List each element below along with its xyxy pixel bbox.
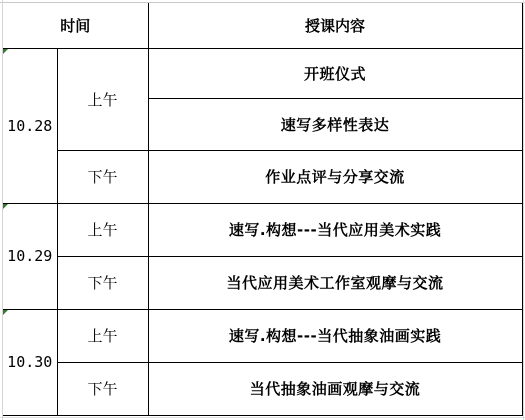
date-label: 10.28 <box>7 117 52 135</box>
header-content[interactable]: 授课内容 <box>148 3 522 48</box>
table-row: 下午 作业点评与分享交流 <box>3 150 522 203</box>
cell-comment-marker-icon <box>3 49 8 54</box>
date-cell-10-28[interactable]: 10.28 <box>3 48 57 203</box>
period-cell[interactable]: 下午 <box>57 362 148 415</box>
content-cell[interactable]: 速写.构想---当代抽象油画实践 <box>148 309 522 362</box>
date-label: 10.30 <box>7 353 52 371</box>
period-cell[interactable]: 上午 <box>57 309 148 362</box>
period-cell[interactable]: 上午 <box>57 48 148 150</box>
content-cell[interactable]: 速写多样性表达 <box>148 98 522 150</box>
period-cell[interactable]: 下午 <box>57 256 148 309</box>
spreadsheet-gridline-right <box>523 0 524 420</box>
period-cell[interactable]: 下午 <box>57 150 148 203</box>
table-row: 10.28 上午 开班仪式 <box>3 48 522 98</box>
header-row: 时间 授课内容 <box>3 3 522 48</box>
content-cell[interactable]: 开班仪式 <box>148 48 522 98</box>
cell-comment-marker-icon <box>3 204 8 209</box>
table-row: 10.30 上午 速写.构想---当代抽象油画实践 <box>3 309 522 362</box>
content-cell[interactable]: 速写.构想---当代应用美术实践 <box>148 203 522 256</box>
content-cell[interactable]: 当代抽象油画观摩与交流 <box>148 362 522 415</box>
table-row: 下午 当代应用美术工作室观摩与交流 <box>3 256 522 309</box>
course-schedule-table: 时间 授课内容 10.28 上午 开班仪式 速写多样性表达 下午 作业点评与分享… <box>3 3 523 416</box>
content-cell[interactable]: 当代应用美术工作室观摩与交流 <box>148 256 522 309</box>
content-cell[interactable]: 作业点评与分享交流 <box>148 150 522 203</box>
table-row: 10.29 上午 速写.构想---当代应用美术实践 <box>3 203 522 256</box>
date-cell-10-29[interactable]: 10.29 <box>3 203 57 309</box>
period-cell[interactable]: 上午 <box>57 203 148 256</box>
date-label: 10.29 <box>7 247 52 265</box>
date-cell-10-30[interactable]: 10.30 <box>3 309 57 415</box>
table-row: 下午 当代抽象油画观摩与交流 <box>3 362 522 415</box>
header-time[interactable]: 时间 <box>3 3 148 48</box>
spreadsheet-gridline-bottom <box>0 417 525 418</box>
cell-comment-marker-icon <box>3 310 8 315</box>
